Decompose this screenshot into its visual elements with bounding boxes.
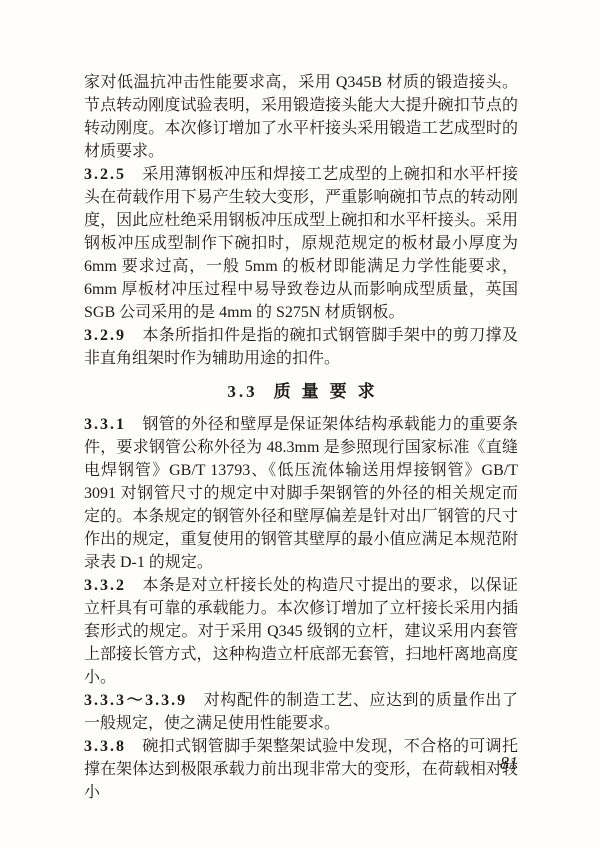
- section-paragraph-3-2-9: 3.2.9本条所指扣件是指的碗扣式钢管脚手架中的剪刀撑及非直角组架时作为辅助用途…: [84, 324, 518, 370]
- section-heading: 3.3质量要求: [84, 380, 518, 403]
- section-text: 本条是对立杆接长处的构造尺寸提出的要求，以保证立杆具有可靠的承载能力。本次修订增…: [84, 577, 518, 686]
- section-heading-number: 3.3: [227, 382, 257, 401]
- section-number: 3.3.1: [84, 416, 126, 433]
- section-paragraph-3-3-2: 3.3.2本条是对立杆接长处的构造尺寸提出的要求，以保证立杆具有可靠的承载能力。…: [84, 574, 518, 689]
- section-heading-title: 质量要求: [274, 382, 386, 401]
- section-number: 3.3.8: [84, 738, 126, 755]
- page-number: 81: [500, 751, 518, 775]
- paragraph-continuation: 家对低温抗冲击性能要求高，采用 Q345B 材质的锻造接头。节点转动刚度试验表明…: [84, 71, 518, 163]
- text-block: 家对低温抗冲击性能要求高，采用 Q345B 材质的锻造接头。节点转动刚度试验表明…: [84, 71, 518, 804]
- section-number: 3.2.9: [84, 327, 126, 344]
- section-text: 钢管的外径和壁厚是保证架体结构承载能力的重要条件，要求钢管公称外径为 48.3m…: [84, 416, 518, 571]
- section-number: 3.3.2: [84, 577, 126, 594]
- section-text: 采用薄钢板冲压和焊接工艺成型的上碗扣和水平杆接头在荷载作用下易产生较大变形，严重…: [84, 166, 518, 321]
- section-paragraph-3-2-5: 3.2.5采用薄钢板冲压和焊接工艺成型的上碗扣和水平杆接头在荷载作用下易产生较大…: [84, 163, 518, 324]
- section-number: 3.2.5: [84, 166, 126, 183]
- section-paragraph-3-3-8: 3.3.8碗扣式钢管脚手架整架试验中发现，不合格的可调托撑在架体达到极限承载力前…: [84, 735, 518, 804]
- document-page: 家对低温抗冲击性能要求高，采用 Q345B 材质的锻造接头。节点转动刚度试验表明…: [0, 0, 600, 848]
- section-text: 本条所指扣件是指的碗扣式钢管脚手架中的剪刀撑及非直角组架时作为辅助用途的扣件。: [84, 327, 518, 367]
- section-number: 3.3.3～3.3.9: [84, 692, 187, 709]
- section-text: 碗扣式钢管脚手架整架试验中发现，不合格的可调托撑在架体达到极限承载力前出现非常大…: [84, 738, 518, 801]
- section-paragraph-3-3-3-to-3-3-9: 3.3.3～3.3.9对构配件的制造工艺、应达到的质量作出了一般规定，使之满足使…: [84, 689, 518, 735]
- section-paragraph-3-3-1: 3.3.1钢管的外径和壁厚是保证架体结构承载能力的重要条件，要求钢管公称外径为 …: [84, 413, 518, 574]
